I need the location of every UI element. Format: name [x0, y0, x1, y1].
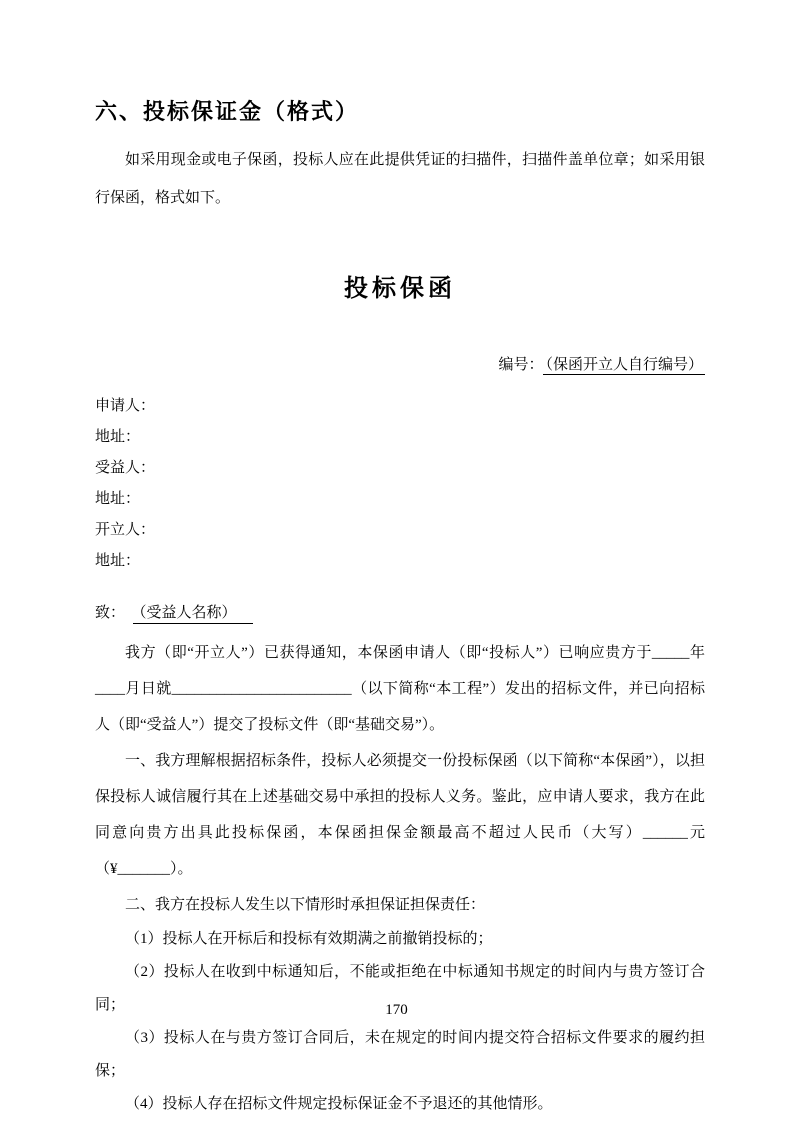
section-heading: 六、投标保证金（格式） — [95, 97, 705, 127]
sub-clause-1: （1）投标人在开标后和投标有效期满之前撤销投标的； — [95, 923, 705, 956]
parties-block: 申请人： 地址： 受益人： 地址： 开立人： 地址： — [95, 391, 705, 577]
number-value: （保函开立人自行编号） — [543, 357, 705, 375]
sub-clause-4: （4）投标人存在招标文件规定投标保证金不予退还的其他情形。 — [95, 1088, 705, 1121]
sub-clauses-block: （1）投标人在开标后和投标有效期满之前撤销投标的； （2）投标人在收到中标通知后… — [95, 923, 705, 1121]
page-number: 170 — [0, 1000, 793, 1020]
party-line-address-3: 地址： — [95, 546, 705, 577]
to-label: 致： — [95, 605, 125, 621]
to-value: （受益人名称） — [133, 605, 253, 624]
intro-paragraph: 如采用现金或电子保函，投标人应在此提供凭证的扫描件，扫描件盖单位章；如采用银行保… — [95, 141, 705, 217]
paragraph-notice: 我方（即“开立人”）已获得通知，本保函申请人（即“投标人”）已响应贵方于____… — [95, 635, 705, 743]
letter-title: 投标保函 — [95, 273, 705, 305]
party-line-address-2: 地址： — [95, 484, 705, 515]
paragraph-clause-one: 一、我方理解根据招标条件，投标人必须提交一份投标保函（以下简称“本保函”），以担… — [95, 743, 705, 887]
number-label: 编号： — [498, 357, 543, 373]
party-line-beneficiary: 受益人： — [95, 453, 705, 484]
document-page: 六、投标保证金（格式） 如采用现金或电子保函，投标人应在此提供凭证的扫描件，扫描… — [0, 0, 793, 1122]
party-line-issuer: 开立人： — [95, 515, 705, 546]
paragraph-clause-two-intro: 二、我方在投标人发生以下情形时承担保证担保责任： — [95, 887, 705, 923]
sub-clause-3: （3）投标人在与贵方签订合同后，未在规定的时间内提交符合招标文件要求的履约担保； — [95, 1022, 705, 1088]
party-line-applicant: 申请人： — [95, 391, 705, 422]
to-line: 致：（受益人名称） — [95, 601, 705, 625]
page-content: 六、投标保证金（格式） 如采用现金或电子保函，投标人应在此提供凭证的扫描件，扫描… — [0, 97, 793, 1121]
party-line-address-1: 地址： — [95, 422, 705, 453]
number-line: 编号：（保函开立人自行编号） — [95, 353, 705, 377]
